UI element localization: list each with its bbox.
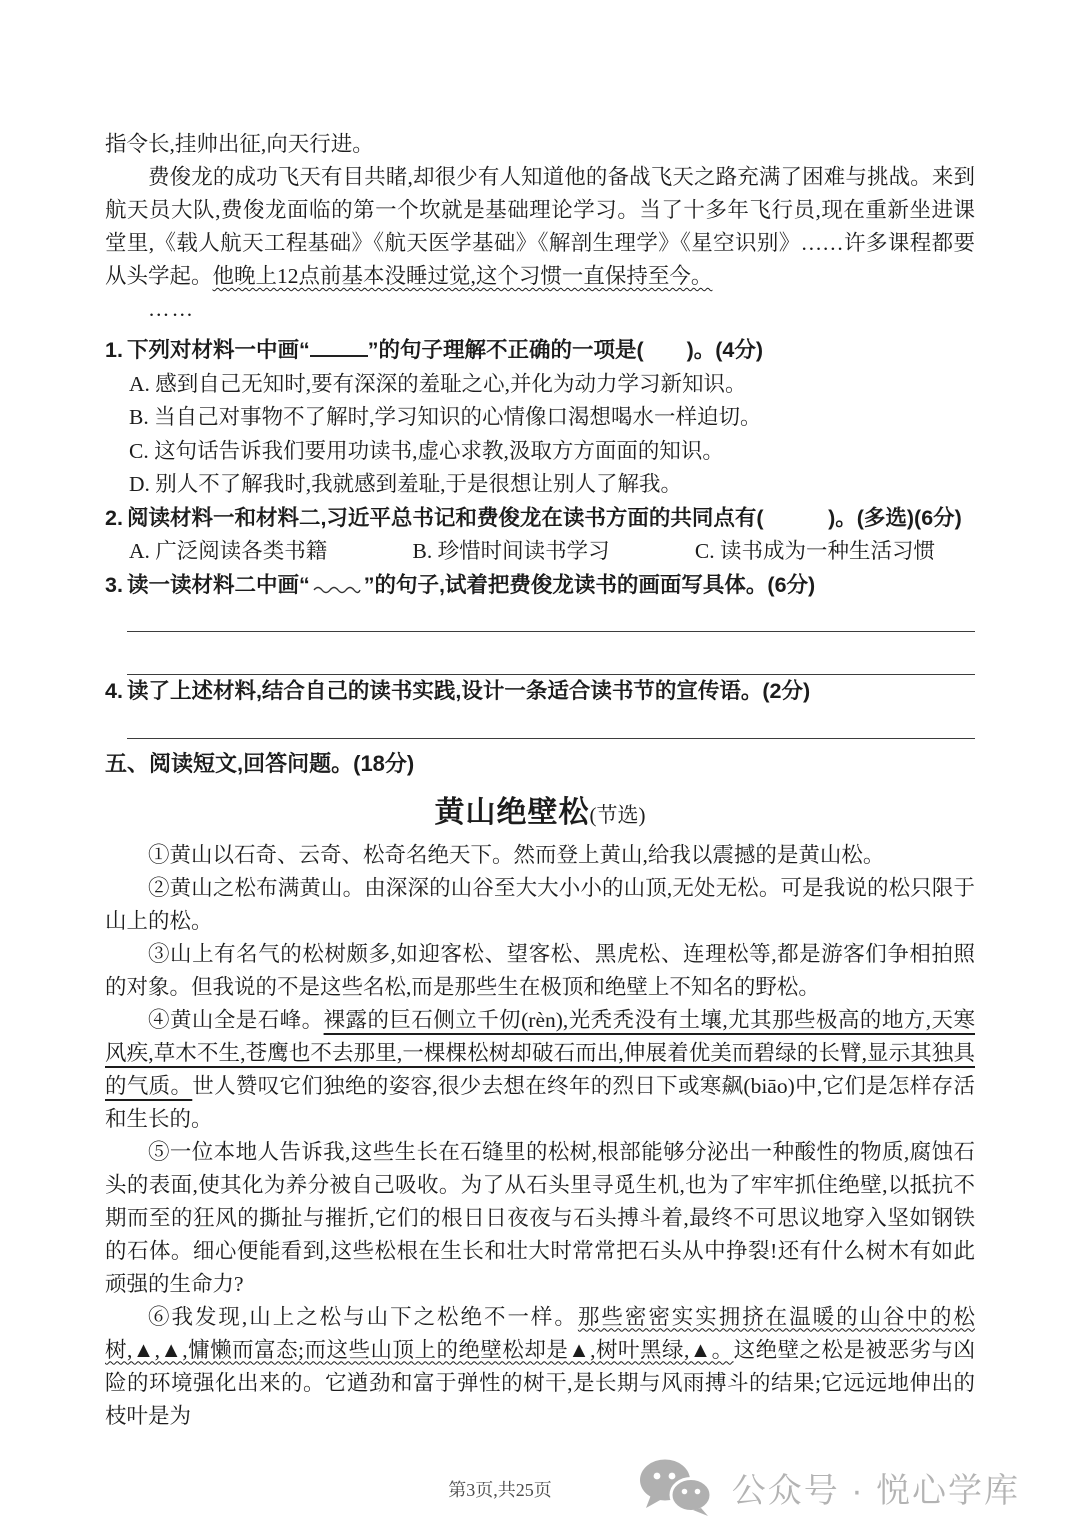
watermark-text: 公众号 · 悦心学库 [732,1463,1020,1512]
questions-section: 1.下列对材料一中画“”的句子理解不正确的一项是( )。(4分) A. 感到自己… [105,334,975,739]
wechat-icon [638,1458,714,1516]
question-3-number: 3. [105,573,123,597]
question-2-options: A. 广泛阅读各类书籍 B. 珍惜时间读书学习 C. 读书成为一种生活习惯 [105,535,975,569]
question-2-option-b: B. 珍惜时间读书学习 [413,535,610,569]
question-1-stem-pre: 下列对材料一中画“ [127,338,310,362]
passage-title-subtitle: (节选) [590,803,646,827]
paragraph-4-text: ④黄山全是石峰。 [148,1008,324,1032]
question-2-stem: 2.阅读材料一和材料二,习近平总书记和费俊龙在读书方面的共同点有( )。(多选)… [105,502,975,536]
question-1-option-a: A. 感到自己无知时,要有深深的羞耻之心,并化为动力学习新知识。 [105,368,975,402]
question-1-stem-post: ”的句子理解不正确的一项是( )。(4分) [368,338,763,362]
section-five-header: 五、阅读短文,回答问题。(18分) [105,747,975,781]
question-3-stem: 3.读一读材料二中画“”的句子,试着把费俊龙读书的画面写具体。(6分) [105,569,975,603]
passage-title-main: 黄山绝壁松 [435,796,590,829]
question-3-stem-post: ”的句子,试着把费俊龙读书的画面写具体。(6分) [364,573,816,597]
question-2-option-a: A. 广泛阅读各类书籍 [129,535,327,569]
material-section: 指令长,挂帅出征,向天行进。 费俊龙的成功飞天有目共睹,却很少有人知道他的备战飞… [105,128,975,326]
material-ellipsis: …… [105,293,975,326]
straight-blank-line [310,337,368,357]
passage-paragraph-1: ①黄山以石奇、云奇、松奇名绝天下。然而登上黄山,给我以震撼的是黄山松。 [105,839,975,872]
question-1-stem: 1.下列对材料一中画“”的句子理解不正确的一项是( )。(4分) [105,334,975,368]
question-3-stem-pre: 读一读材料二中画“ [127,573,310,597]
question-4-stem-text: 读了上述材料,结合自己的读书实践,设计一条适合读书节的宣传语。(2分) [127,679,810,703]
passage-body: ①黄山以石奇、云奇、松奇名绝天下。然而登上黄山,给我以震撼的是黄山松。 ②黄山之… [105,839,975,1433]
question-1-option-c: C. 这句话告诉我们要用功读书,虚心求教,汲取方方面面的知识。 [105,435,975,469]
watermark: 公众号 · 悦心学库 [638,1458,1020,1516]
question-1-option-d: D. 别人不了解我时,我就感到羞耻,于是很想让别人了解我。 [105,468,975,502]
question-4-stem: 4.读了上述材料,结合自己的读书实践,设计一条适合读书节的宣传语。(2分) [105,675,975,709]
answer-line [127,632,975,675]
question-3: 3.读一读材料二中画“”的句子,试着把费俊龙读书的画面写具体。(6分) [105,569,975,676]
question-1: 1.下列对材料一中画“”的句子理解不正确的一项是( )。(4分) A. 感到自己… [105,334,975,502]
paragraph-4-text-after: 世人赞叹它们独绝的姿容,很少去想在终年的烈日下或寒飙(biāo)中,它们是怎样存… [105,1074,975,1131]
question-1-number: 1. [105,338,123,362]
question-1-option-b: B. 当自己对事物不了解时,学习知识的心情像口渴想喝水一样迫切。 [105,401,975,435]
passage-paragraph-6: ⑥我发现,山上之松与山下之松绝不一样。那些密密实实拥挤在温暖的山谷中的松树,▲,… [105,1301,975,1433]
question-2-stem-text: 阅读材料一和材料二,习近平总书记和费俊龙在读书方面的共同点有( )。(多选)(6… [127,506,962,530]
material-wavy-underlined-text: 他晚上12点前基本没睡过觉,这个习惯一直保持至今。 [213,264,713,288]
question-4-number: 4. [105,679,123,703]
question-2-number: 2. [105,506,123,530]
answer-line [127,602,975,632]
question-2: 2.阅读材料一和材料二,习近平总书记和费俊龙在读书方面的共同点有( )。(多选)… [105,502,975,569]
exam-page: 指令长,挂帅出征,向天行进。 费俊龙的成功飞天有目共睹,却很少有人知道他的备战飞… [0,0,1080,1528]
passage-paragraph-4: ④黄山全是石峰。裸露的巨石侧立千仞(rèn),光秃秃没有土壤,尤其那些极高的地方… [105,1004,975,1136]
question-4: 4.读了上述材料,结合自己的读书实践,设计一条适合读书节的宣传语。(2分) [105,675,975,739]
passage-paragraph-5: ⑤一位本地人告诉我,这些生长在石缝里的松树,根部能够分泌出一种酸性的物质,腐蚀石… [105,1136,975,1301]
answer-line [127,709,975,739]
wavy-blank-line-icon [312,583,362,595]
paragraph-6-text: ⑥我发现,山上之松与山下之松绝不一样。 [148,1305,578,1329]
material-paragraph: 费俊龙的成功飞天有目共睹,却很少有人知道他的备战飞天之路充满了困难与挑战。来到航… [105,161,975,293]
material-line: 指令长,挂帅出征,向天行进。 [105,128,975,161]
question-2-option-c: C. 读书成为一种生活习惯 [695,535,935,569]
passage-paragraph-3: ③山上有名气的松树颇多,如迎客松、望客松、黑虎松、连理松等,都是游客们争相拍照的… [105,938,975,1004]
passage-paragraph-2: ②黄山之松布满黄山。由深深的山谷至大大小小的山顶,无处无松。可是我说的松只限于山… [105,872,975,938]
section-five: 五、阅读短文,回答问题。(18分) 黄山绝壁松(节选) ①黄山以石奇、云奇、松奇… [105,747,975,1433]
passage-title: 黄山绝壁松(节选) [105,787,975,831]
